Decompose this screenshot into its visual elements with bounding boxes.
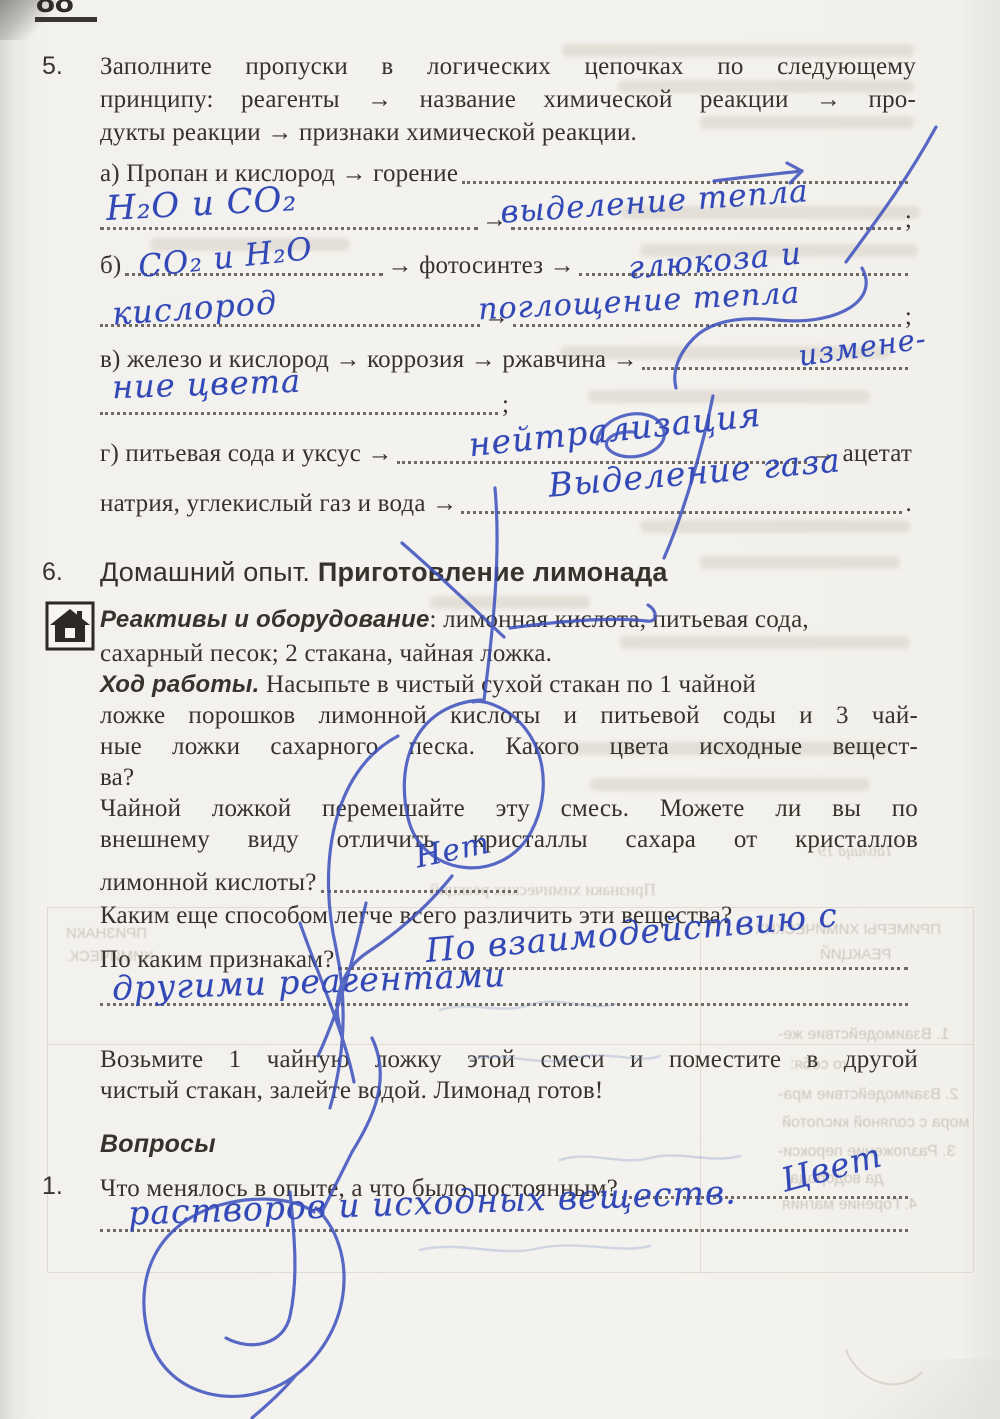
dotted-line [461, 506, 901, 514]
bleedthrough-text: мора с соляной кислотой [782, 1114, 969, 1132]
bleedthrough-smudge [700, 556, 900, 569]
task5-intro-line3: дукты реакции → признаки химической реак… [100, 116, 637, 149]
task6-procedure-line3: ные ложки сахарного песка. Какого цвета … [100, 730, 918, 763]
bleedthrough-text: 2. Взаимодействие мра- [778, 1086, 959, 1104]
task6-stir-question: лимонной кислоты? [100, 866, 317, 899]
task6-procedure-label: Ход работы. [100, 671, 260, 698]
bleedthrough-text: 1. Взаимодействие же- [778, 1026, 949, 1044]
questions-header: Вопросы [100, 1128, 216, 1161]
task6-procedure-line4: ва? [100, 761, 134, 794]
bleedthrough-table-line [47, 907, 48, 1272]
task5-item-g-printed2: натрия, углекислый газ и вода → [100, 487, 457, 520]
semicolon: ; [502, 388, 509, 421]
task5-number: 5. [42, 52, 63, 81]
task5-item-b-mid: → фотосинтез → [387, 249, 574, 282]
bleedthrough-table-line [47, 1272, 973, 1273]
handwriting-v-sign2: ние цвета [111, 362, 301, 407]
bleedthrough-smudge [640, 520, 910, 533]
task5-item-g-line2: натрия, углекислый газ и вода → . [100, 487, 912, 520]
question1-number: 1. [42, 1172, 63, 1201]
dotted-line [100, 407, 498, 415]
task6-stir-line3: лимонной кислоты? [100, 866, 912, 899]
task6-reagents-label: Реактивы и оборудование [100, 606, 430, 633]
task6-procedure-line2: ложке порошков лимонной кислоты и питьев… [100, 699, 918, 732]
bleedthrough-table-line [973, 907, 974, 1272]
bleedthrough-smudge [700, 116, 914, 129]
dotted-line [321, 885, 517, 893]
task6-procedure-line1: Ход работы. Насыпьте в чистый сухой стак… [100, 668, 756, 701]
bleedthrough-smudge [590, 778, 870, 791]
task6-title-bold: Приготовление лимонада [318, 557, 668, 587]
task6-reagents-line1: Реактивы и оборудование: лимонная кислот… [100, 603, 809, 636]
task6-stir-line1: Чайной ложкой перемешайте эту смесь. Мож… [100, 792, 918, 825]
task5-intro-line2: принципу: реагенты → название химической… [100, 83, 916, 116]
workbook-page: Таблица 19 Признаки химических реакций П… [0, 0, 1000, 1419]
task5-intro-line1: Заполните пропуски в логических цепочках… [100, 50, 916, 83]
task6-reagents-rest: : лимонная кислота, питьевая сода, [430, 606, 809, 633]
task6-reagents-line2: сахарный песок; 2 стакана, чайная ложка. [100, 637, 552, 670]
task6-stir-line2: внешнему виду отличить кристаллы сахара … [100, 823, 918, 856]
task6-final-line2: чистый стакан, залейте водой. Лимонад го… [100, 1074, 603, 1107]
task6-procedure-text: Насыпьте в чистый сухой стакан по 1 чайн… [266, 671, 756, 698]
bleedthrough-smudge [620, 636, 910, 649]
task6-final-line1: Возьмите 1 чайную ложку этой смеси и пом… [100, 1043, 918, 1076]
task5-item-b-label: б) [100, 249, 121, 282]
task6-number: 6. [42, 558, 63, 587]
scan-bottom-shadow [780, 1359, 1000, 1419]
home-experiment-icon [45, 601, 95, 651]
page-number-rule [35, 17, 97, 22]
task6-title-regular: Домашний опыт. [100, 557, 310, 587]
period: . [906, 487, 912, 520]
semicolon: ; [905, 203, 912, 236]
task5-item-g-printed1: г) питьевая сода и уксус → [100, 437, 393, 470]
task6-title: Домашний опыт. Приготовление лимонада [100, 556, 668, 589]
